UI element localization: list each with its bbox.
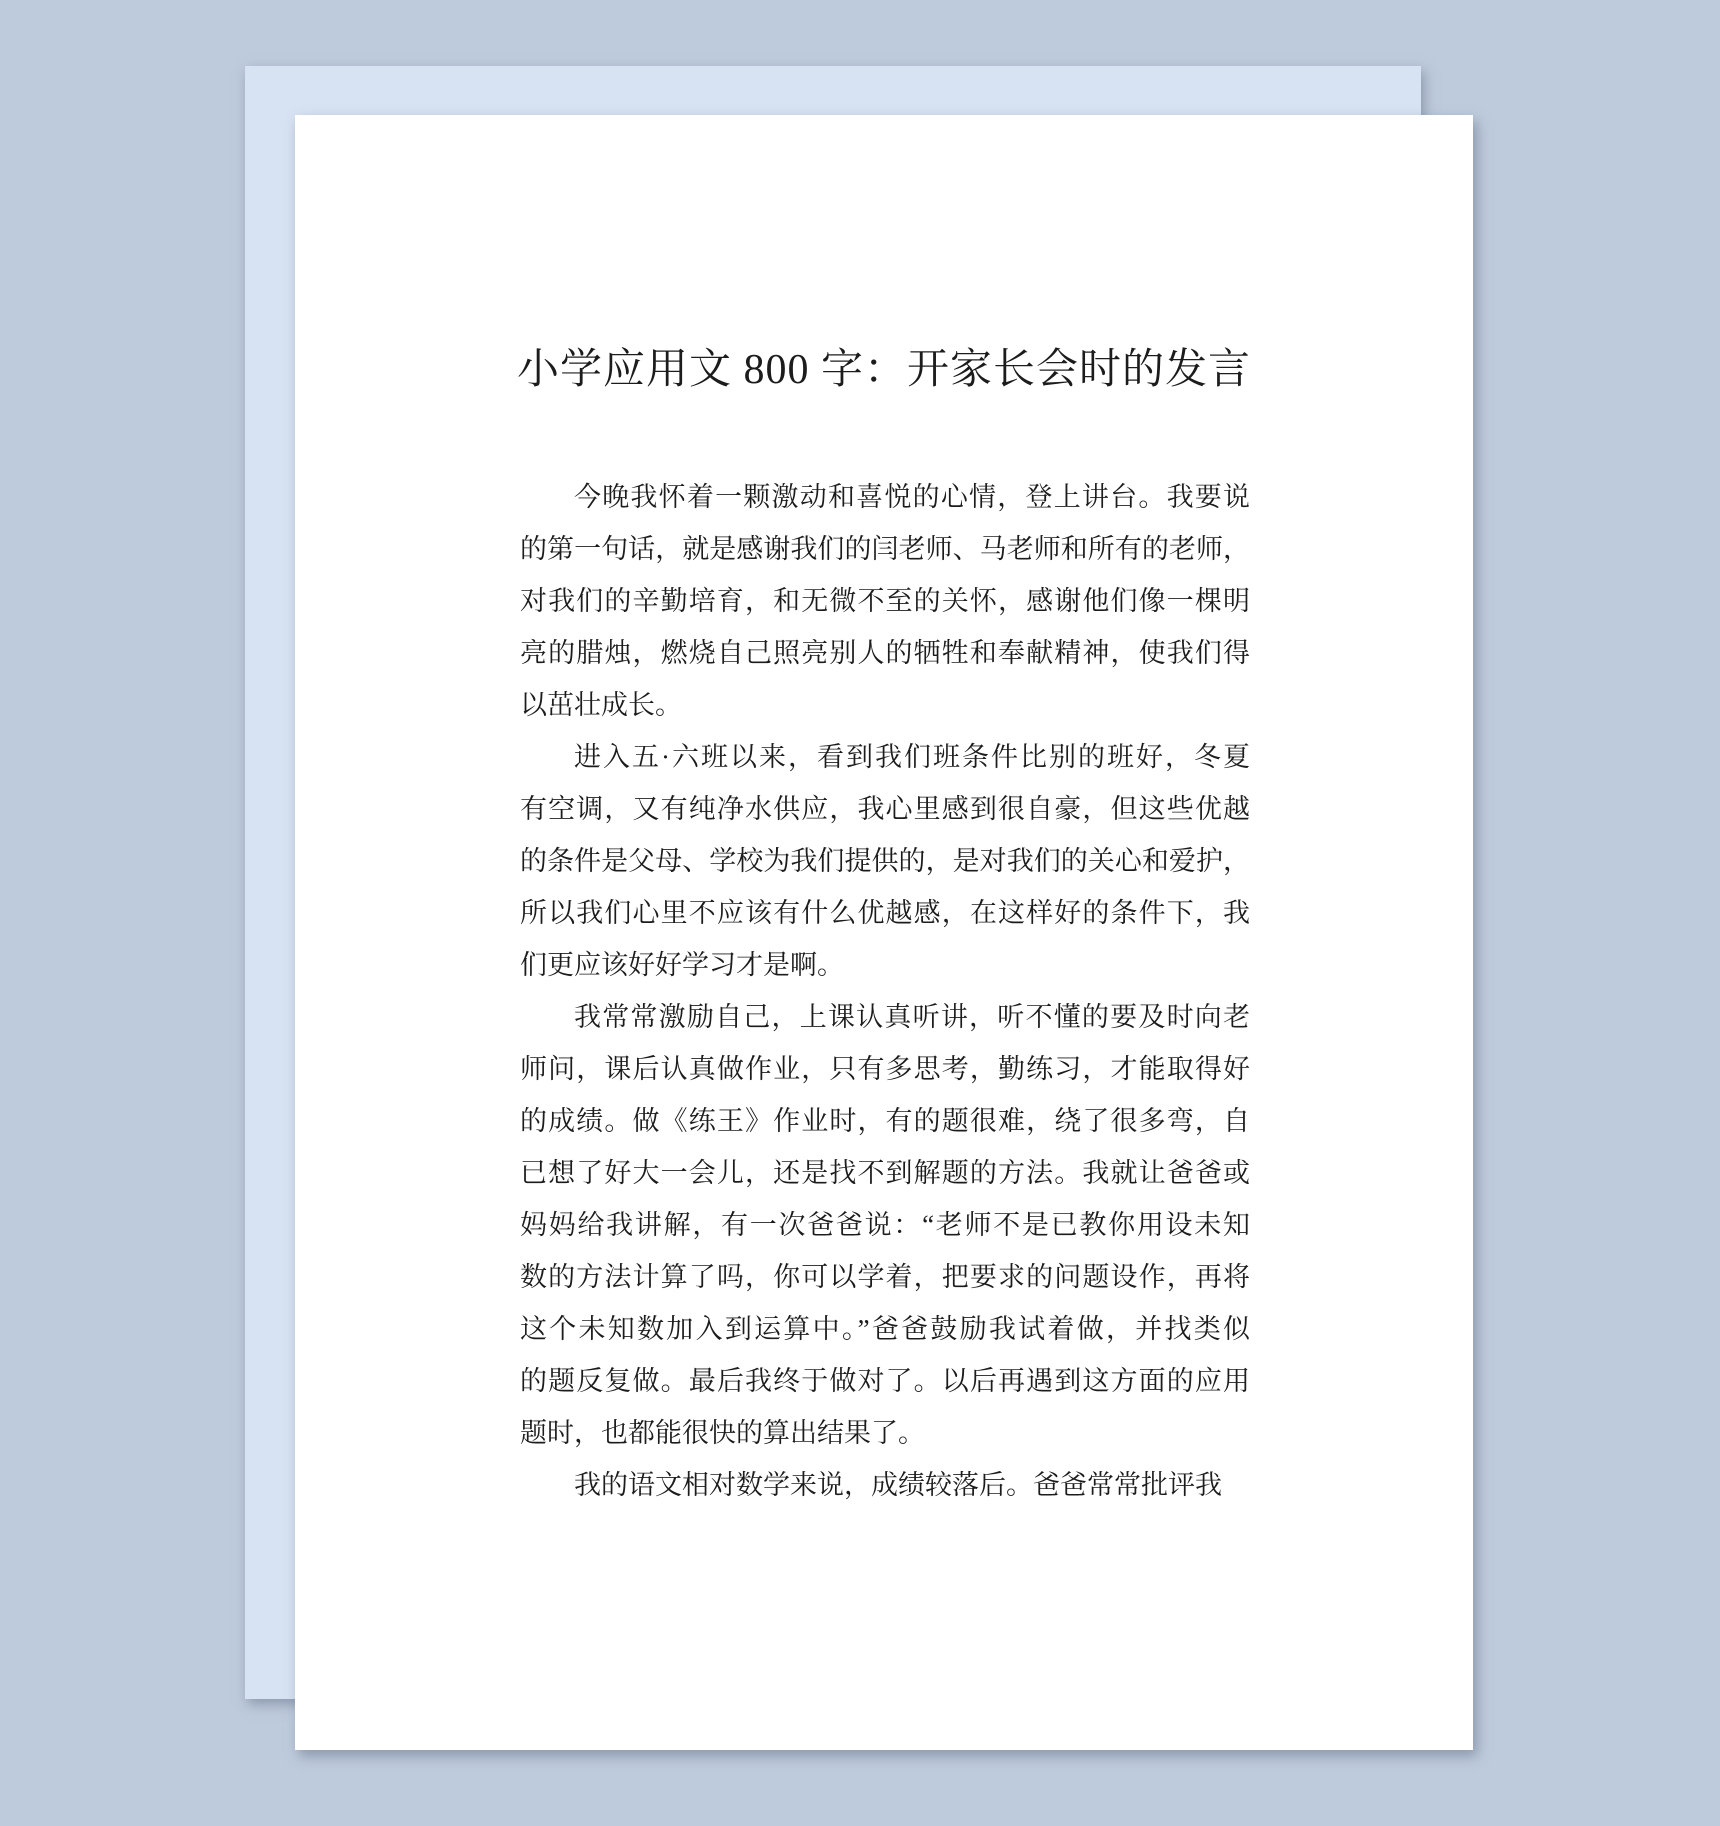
paragraph: 我的语文相对数学来说，成绩较落后。爸爸常常批评我 xyxy=(520,1459,1250,1511)
paragraph: 进入五·六班以来，看到我们班条件比别的班好，冬夏有空调，又有纯净水供应，我心里感… xyxy=(520,731,1250,991)
text-line: 的第一句话，就是感谢我们的闫老师、马老师和所有的老师， xyxy=(520,523,1250,575)
text-line: 所以我们心里不应该有什么优越感，在这样好的条件下，我 xyxy=(520,887,1250,939)
text-line: 题时，也都能很快的算出结果了。 xyxy=(520,1407,1250,1459)
text-line: 妈妈给我讲解，有一次爸爸说：“老师不是已教你用设未知 xyxy=(520,1199,1250,1251)
text-line: 有空调，又有纯净水供应，我心里感到很自豪，但这些优越 xyxy=(520,783,1250,835)
text-line: 已想了好大一会儿，还是找不到解题的方法。我就让爸爸或 xyxy=(520,1147,1250,1199)
text-line: 师问，课后认真做作业，只有多思考，勤练习，才能取得好 xyxy=(520,1043,1250,1095)
text-line: 今晚我怀着一颗激动和喜悦的心情，登上讲台。我要说 xyxy=(520,471,1250,523)
text-line: 的成绩。做《练王》作业时，有的题很难，绕了很多弯，自 xyxy=(520,1095,1250,1147)
text-line: 我常常激励自己，上课认真听讲，听不懂的要及时向老 xyxy=(520,991,1250,1043)
document-title: 小学应用文 800 字：开家长会时的发言 xyxy=(295,341,1473,399)
text-line: 进入五·六班以来，看到我们班条件比别的班好，冬夏 xyxy=(520,731,1250,783)
text-line: 的条件是父母、学校为我们提供的，是对我们的关心和爱护， xyxy=(520,835,1250,887)
text-line: 我的语文相对数学来说，成绩较落后。爸爸常常批评我 xyxy=(520,1459,1250,1511)
text-line: 以茁壮成长。 xyxy=(520,679,1250,731)
desktop-background: 小学应用文 800 字：开家长会时的发言 今晚我怀着一颗激动和喜悦的心情，登上讲… xyxy=(0,0,1720,1826)
text-line: 数的方法计算了吗，你可以学着，把要求的问题设作，再将 xyxy=(520,1251,1250,1303)
paragraph: 我常常激励自己，上课认真听讲，听不懂的要及时向老师问，课后认真做作业，只有多思考… xyxy=(520,991,1250,1459)
document-page: 小学应用文 800 字：开家长会时的发言 今晚我怀着一颗激动和喜悦的心情，登上讲… xyxy=(295,115,1473,1750)
text-line: 这个未知数加入到运算中。”爸爸鼓励我试着做，并找类似 xyxy=(520,1303,1250,1355)
paragraph: 今晚我怀着一颗激动和喜悦的心情，登上讲台。我要说的第一句话，就是感谢我们的闫老师… xyxy=(520,471,1250,731)
text-line: 们更应该好好学习才是啊。 xyxy=(520,939,1250,991)
document-body: 今晚我怀着一颗激动和喜悦的心情，登上讲台。我要说的第一句话，就是感谢我们的闫老师… xyxy=(520,471,1250,1511)
text-line: 亮的腊烛，燃烧自己照亮别人的牺牲和奉献精神，使我们得 xyxy=(520,627,1250,679)
text-line: 的题反复做。最后我终于做对了。以后再遇到这方面的应用 xyxy=(520,1355,1250,1407)
text-line: 对我们的辛勤培育，和无微不至的关怀，感谢他们像一棵明 xyxy=(520,575,1250,627)
